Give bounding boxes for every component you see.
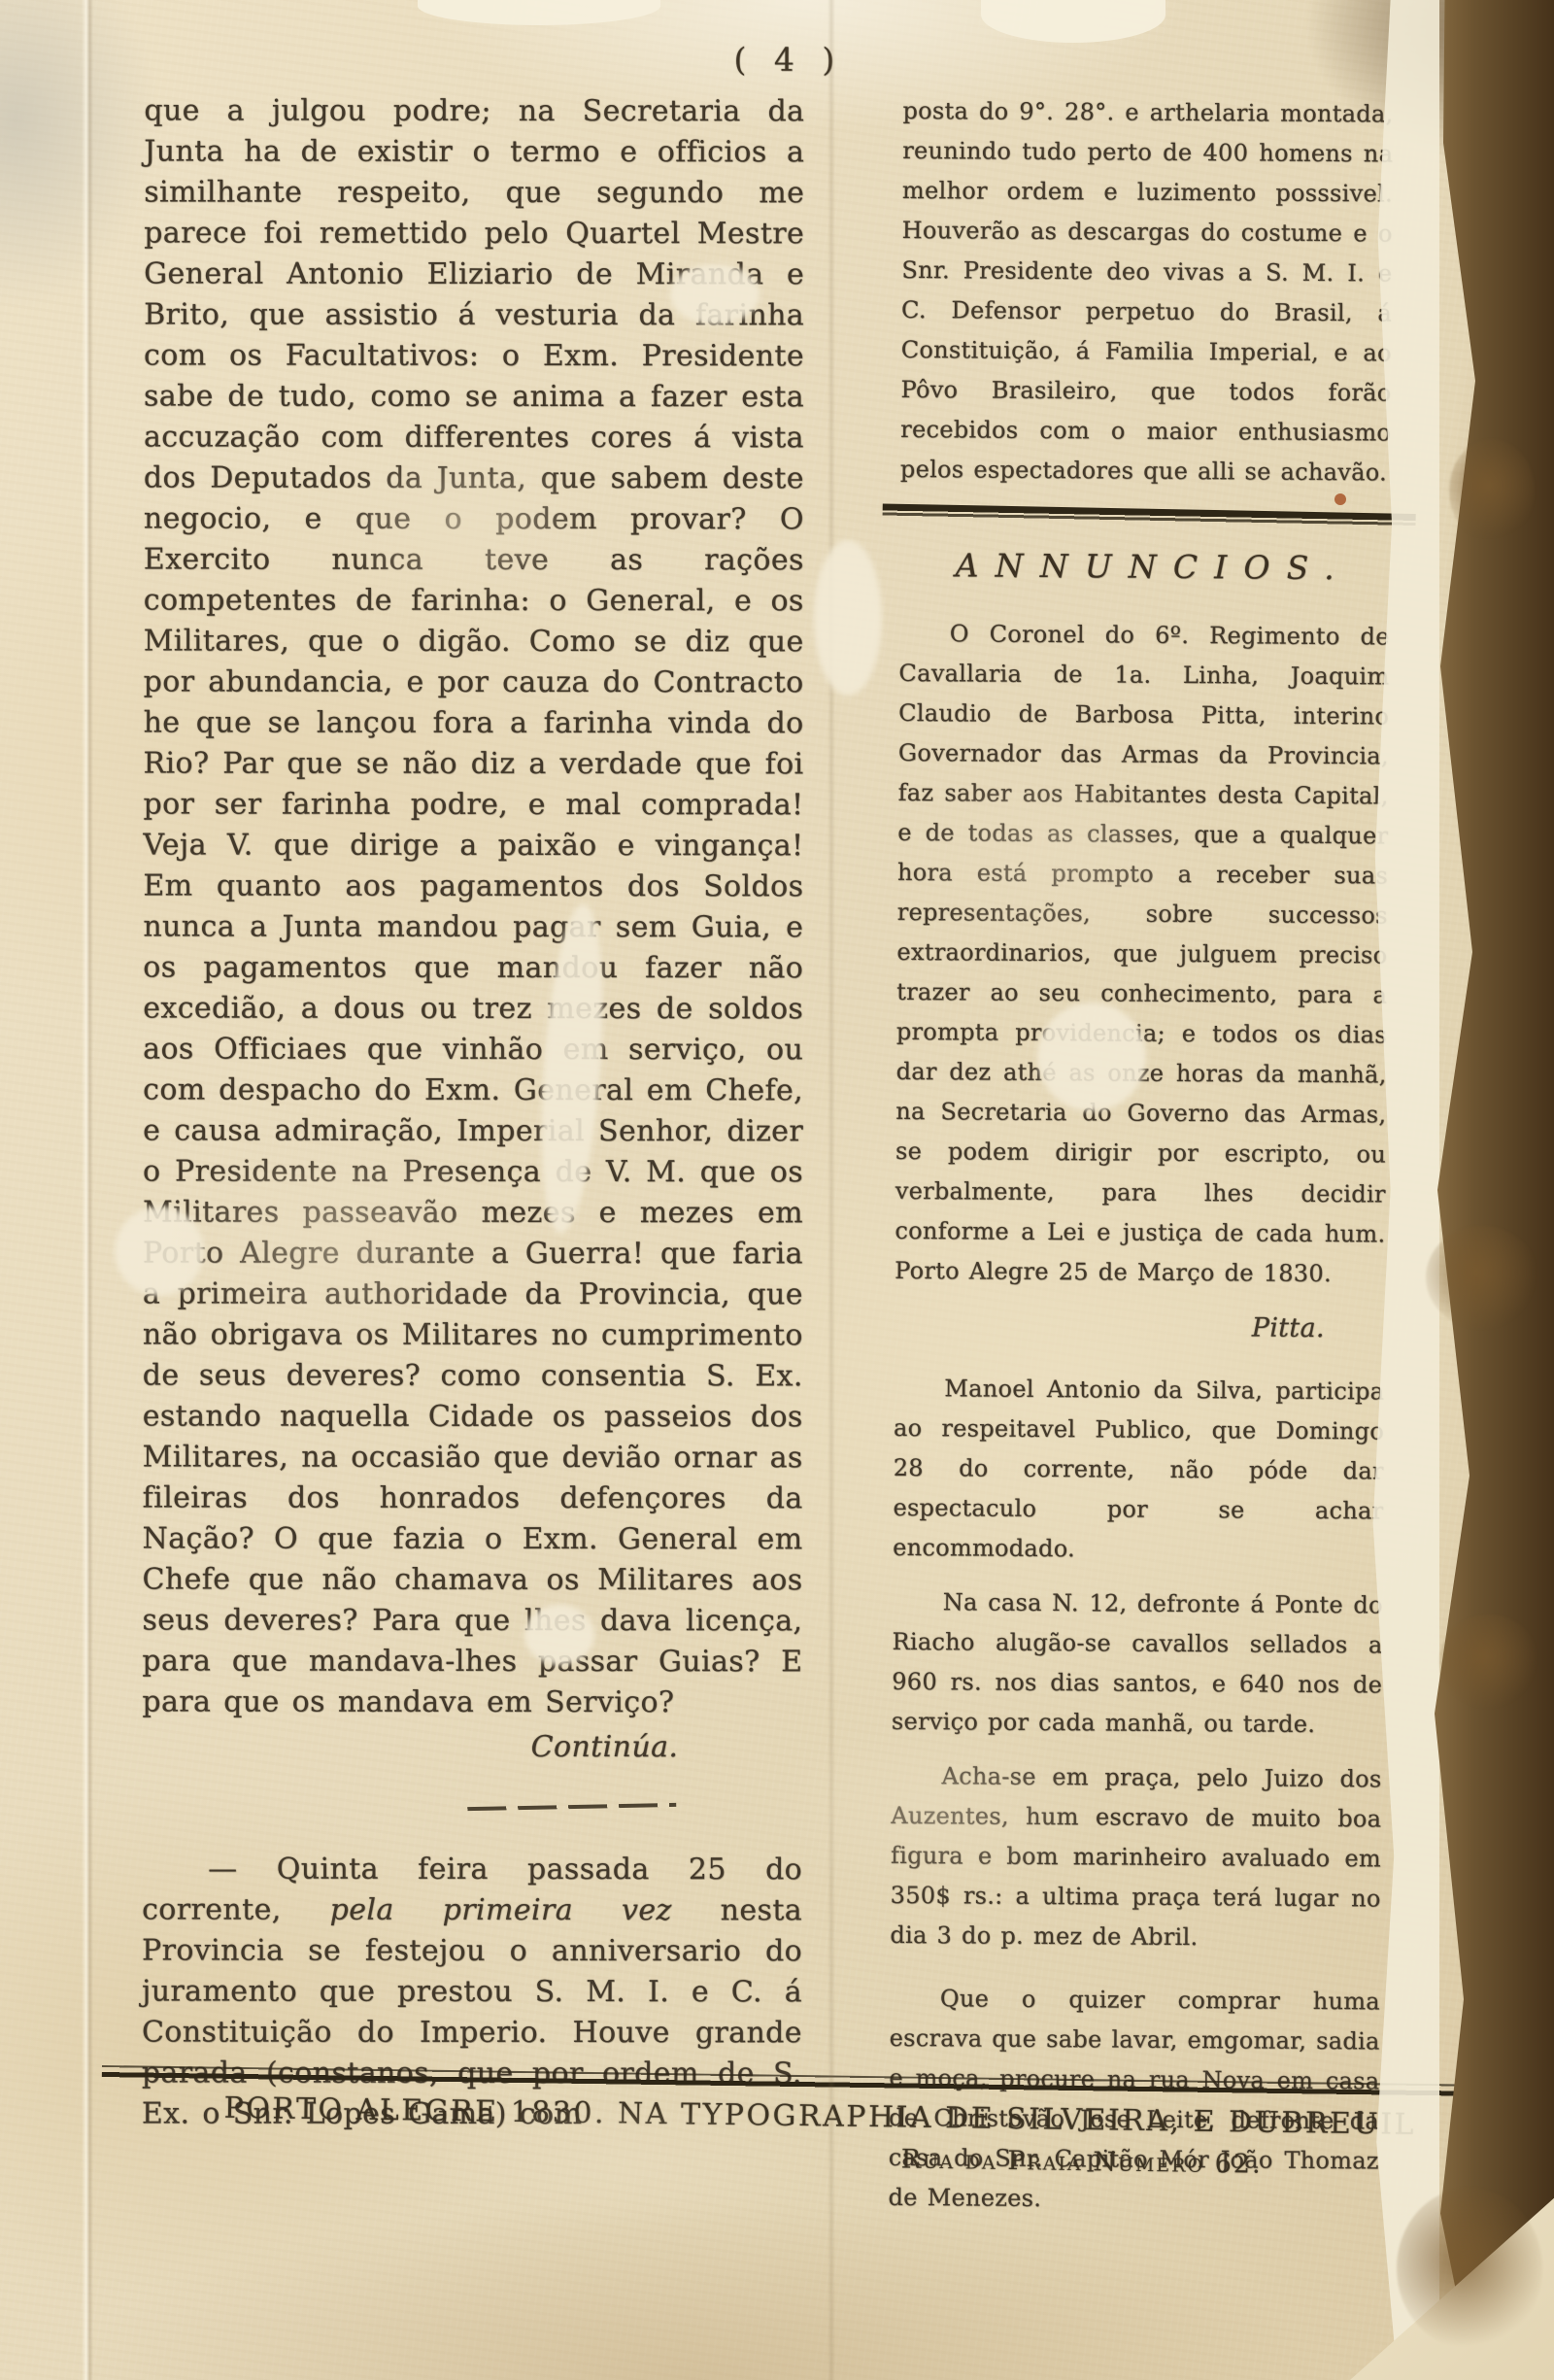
right-continuation-paragraph: posta do 9°. 28°. e arthelaria montada, … bbox=[900, 91, 1394, 493]
continuation-note: Continúa. bbox=[142, 1726, 802, 1768]
left-column: que a julgou podre; na Secretaria da Jun… bbox=[142, 90, 805, 2135]
page-content: ( 4 ) que a julgou podre; na Secretaria … bbox=[140, 39, 1399, 2234]
announcement-coronel: O Coronel do 6º. Regimento de Cavallaria… bbox=[895, 614, 1390, 1295]
annuncios-section-title: ANNUNCIOS. bbox=[899, 545, 1390, 589]
right-column: posta do 9°. 28°. e arthelaria montada, … bbox=[888, 91, 1393, 2235]
left-fold-crease bbox=[82, 0, 93, 2380]
page-number: ( 4 ) bbox=[146, 39, 1399, 80]
left-main-paragraph: que a julgou podre; na Secretaria da Jun… bbox=[142, 90, 804, 1723]
newspaper-page-scan: ( 4 ) que a julgou podre; na Secretaria … bbox=[0, 0, 1554, 2380]
top-edge-tear bbox=[418, 0, 660, 25]
announcement-signature: Pitta. bbox=[895, 1306, 1385, 1349]
columns: que a julgou podre; na Secretaria da Jun… bbox=[140, 90, 1399, 2234]
annuncios-double-rule bbox=[883, 503, 1416, 527]
news-item-italic-phrase: pela primeira vez bbox=[330, 1893, 672, 1927]
announcement-manoel: Manoel Antonio da Silva, participa ao re… bbox=[893, 1369, 1384, 1572]
section-divider-rule bbox=[467, 1803, 676, 1811]
announcement-escravo: Acha-se em praça, pelo Juizo dos Auzente… bbox=[890, 1756, 1381, 1959]
top-edge-tear bbox=[981, 0, 1165, 43]
imprint-footer: PORTO ALEGRE 1830. NA TYPOGRAPHIA DE SIL… bbox=[101, 2065, 1539, 2184]
announcement-cavallos: Na casa N. 12, defronte á Ponte do Riach… bbox=[892, 1582, 1383, 1746]
